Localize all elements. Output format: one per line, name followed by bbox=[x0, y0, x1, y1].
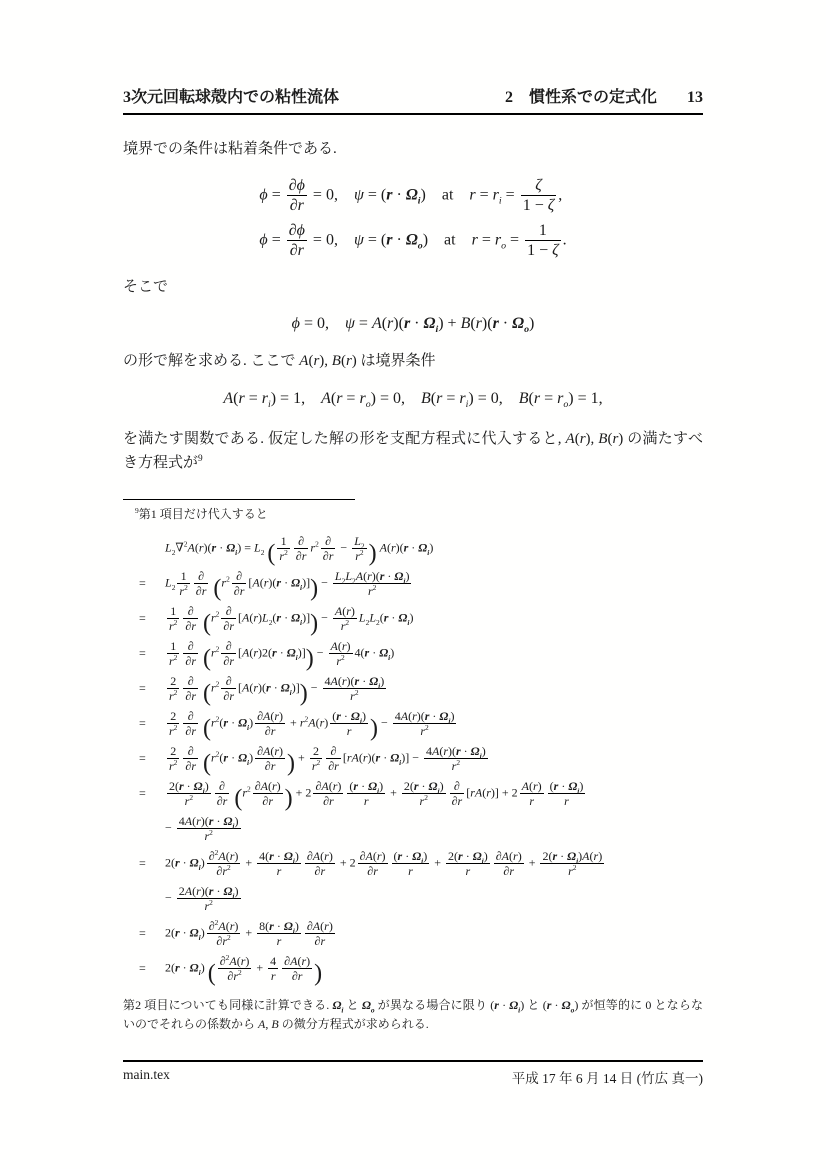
equation-boundary-line-2: ϕ = ∂ϕ∂r = 0, ψ = (r · Ωo) at r = ro = 1… bbox=[259, 221, 566, 260]
equation-body: − 2A(r)(r · Ωi)r2 bbox=[165, 884, 243, 914]
equation-bc-values-line: A(r = ri) = 1, A(r = ro) = 0, B(r = ri) … bbox=[223, 389, 602, 409]
paragraph-boundary-condition: 境界での条件は粘着条件である. bbox=[123, 137, 703, 161]
footnote-equations: L2∇2A(r)(r · Ωi) = L2 (1r2∂∂rr2∂∂r − L2r… bbox=[139, 533, 703, 984]
paragraph-substitution: を満たす関数である. 仮定した解の形を支配方程式に代入すると, A(r), B(… bbox=[123, 427, 703, 476]
page-number: 13 bbox=[687, 89, 703, 107]
equation-boundary-conditions: ϕ = ∂ϕ∂r = 0, ψ = (r · Ωi) at r = ri = ζ… bbox=[259, 171, 566, 265]
footnote-equation-row: = 2(r · Ωi)∂2A(r)∂r2 + 8(r · Ωi)r∂A(r)∂r bbox=[139, 918, 703, 949]
equation-body: 2(r · Ωi)∂2A(r)∂r2 + 4(r · Ωi)r∂A(r)∂r +… bbox=[165, 849, 606, 879]
equals-sign: = bbox=[139, 961, 165, 976]
equals-sign: = bbox=[139, 646, 165, 661]
equals-sign: = bbox=[139, 926, 165, 941]
footnote-equation-row: = 2(r · Ωi)r2∂∂r (r2∂A(r)∂r) + 2∂A(r)∂r(… bbox=[139, 778, 703, 809]
equals-sign: = bbox=[139, 856, 165, 871]
footnote-intro: 9第1 項目だけ代入すると bbox=[123, 505, 703, 523]
footnote-equation-row: = 1r2∂∂r (r2∂∂r[A(r)L2(r · Ωi)]) − A(r)r… bbox=[139, 603, 703, 634]
footnote-equation-row: = 2r2∂∂r (r2∂∂r[A(r)(r · Ωi)]) − 4A(r)(r… bbox=[139, 673, 703, 704]
footnote-equation-row: L2∇2A(r)(r · Ωi) = L2 (1r2∂∂rr2∂∂r − L2r… bbox=[139, 533, 703, 564]
footnote-equation-row-continuation: − 2A(r)(r · Ωi)r2 bbox=[139, 883, 703, 914]
footnote-equation-row: = 1r2∂∂r (r2∂∂r[A(r)2(r · Ωi)]) − A(r)r2… bbox=[139, 638, 703, 669]
equation-bc-values: A(r = ri) = 1, A(r = ro) = 0, B(r = ri) … bbox=[223, 384, 602, 414]
equation-body: 2(r · Ωi) (∂2A(r)∂r2 + 4r∂A(r)∂r) bbox=[165, 954, 322, 984]
equals-sign: = bbox=[139, 751, 165, 766]
page-footer: main.tex 平成 17 年 6 月 14 日 (竹広 真一) bbox=[123, 1060, 703, 1087]
equation-body: 2r2∂∂r (r2(r · Ωi)∂A(r)∂r) + 2r2∂∂r[rA(r… bbox=[165, 744, 490, 774]
equation-ansatz-line: ϕ = 0, ψ = A(r)(r · Ωi) + B(r)(r · Ωo) bbox=[292, 314, 535, 334]
equals-sign: = bbox=[139, 576, 165, 591]
header-right: 2 慣性系での定式化 13 bbox=[505, 84, 703, 107]
equation-body: 1r2∂∂r (r2∂∂r[A(r)2(r · Ωi)]) − A(r)r24(… bbox=[165, 639, 394, 669]
document-title: 3次元回転球殻内での粘性流体 bbox=[123, 84, 339, 107]
footnote-closing: 第2 項目についても同様に計算できる. Ωi と Ωo が異なる場合に限り (r… bbox=[123, 996, 703, 1033]
footnote: 9第1 項目だけ代入すると L2∇2A(r)(r · Ωi) = L2 (1r2… bbox=[123, 499, 703, 1033]
section-title: 2 慣性系での定式化 bbox=[505, 84, 657, 107]
footer-filename: main.tex bbox=[123, 1067, 170, 1087]
footnote-equation-row: = 2r2∂∂r (r2(r · Ωi)∂A(r)∂r + r2A(r)(r ·… bbox=[139, 708, 703, 739]
footnote-equation-row-continuation: − 4A(r)(r · Ωi)r2 bbox=[139, 813, 703, 844]
equation-body: L21r2∂∂r (r2∂∂r[A(r)(r · Ωi)]) − L2L2A(r… bbox=[165, 569, 413, 599]
equals-sign: = bbox=[139, 681, 165, 696]
equation-body: − 4A(r)(r · Ωi)r2 bbox=[165, 814, 243, 844]
paragraph-solution-form: の形で解を求める. ここで A(r), B(r) は境界条件 bbox=[123, 349, 703, 373]
equation-body: 2(r · Ωi)r2∂∂r (r2∂A(r)∂r) + 2∂A(r)∂r(r … bbox=[165, 779, 587, 809]
equation-body: 2r2∂∂r (r2∂∂r[A(r)(r · Ωi)]) − 4A(r)(r ·… bbox=[165, 674, 388, 704]
equals-sign: = bbox=[139, 611, 165, 626]
equation-body: L2∇2A(r)(r · Ωi) = L2 (1r2∂∂rr2∂∂r − L2r… bbox=[165, 534, 433, 564]
footnote-equation-row: = 2(r · Ωi)∂2A(r)∂r2 + 4(r · Ωi)r∂A(r)∂r… bbox=[139, 848, 703, 879]
equation-body: 1r2∂∂r (r2∂∂r[A(r)L2(r · Ωi)]) − A(r)r2L… bbox=[165, 604, 413, 634]
equation-ansatz: ϕ = 0, ψ = A(r)(r · Ωi) + B(r)(r · Ωo) bbox=[292, 309, 535, 339]
equation-body: 2(r · Ωi)∂2A(r)∂r2 + 8(r · Ωi)r∂A(r)∂r bbox=[165, 919, 337, 949]
page-header: 3次元回転球殻内での粘性流体 2 慣性系での定式化 13 bbox=[123, 84, 703, 115]
equation-boundary-line-1: ϕ = ∂ϕ∂r = 0, ψ = (r · Ωi) at r = ri = ζ… bbox=[259, 176, 566, 215]
paragraph-sokode: そこで bbox=[123, 275, 703, 299]
footnote-rule bbox=[123, 499, 355, 500]
equals-sign: = bbox=[139, 716, 165, 731]
document-page: 3次元回転球殻内での粘性流体 2 慣性系での定式化 13 境界での条件は粘着条件… bbox=[0, 0, 826, 1169]
equation-body: 2r2∂∂r (r2(r · Ωi)∂A(r)∂r + r2A(r)(r · Ω… bbox=[165, 709, 458, 739]
footnote-equation-row: = 2r2∂∂r (r2(r · Ωi)∂A(r)∂r) + 2r2∂∂r[rA… bbox=[139, 743, 703, 774]
footer-date: 平成 17 年 6 月 14 日 (竹広 真一) bbox=[512, 1067, 703, 1087]
footnote-equation-row: = L21r2∂∂r (r2∂∂r[A(r)(r · Ωi)]) − L2L2A… bbox=[139, 568, 703, 599]
equals-sign: = bbox=[139, 786, 165, 801]
footnote-equation-row: = 2(r · Ωi) (∂2A(r)∂r2 + 4r∂A(r)∂r) bbox=[139, 953, 703, 984]
